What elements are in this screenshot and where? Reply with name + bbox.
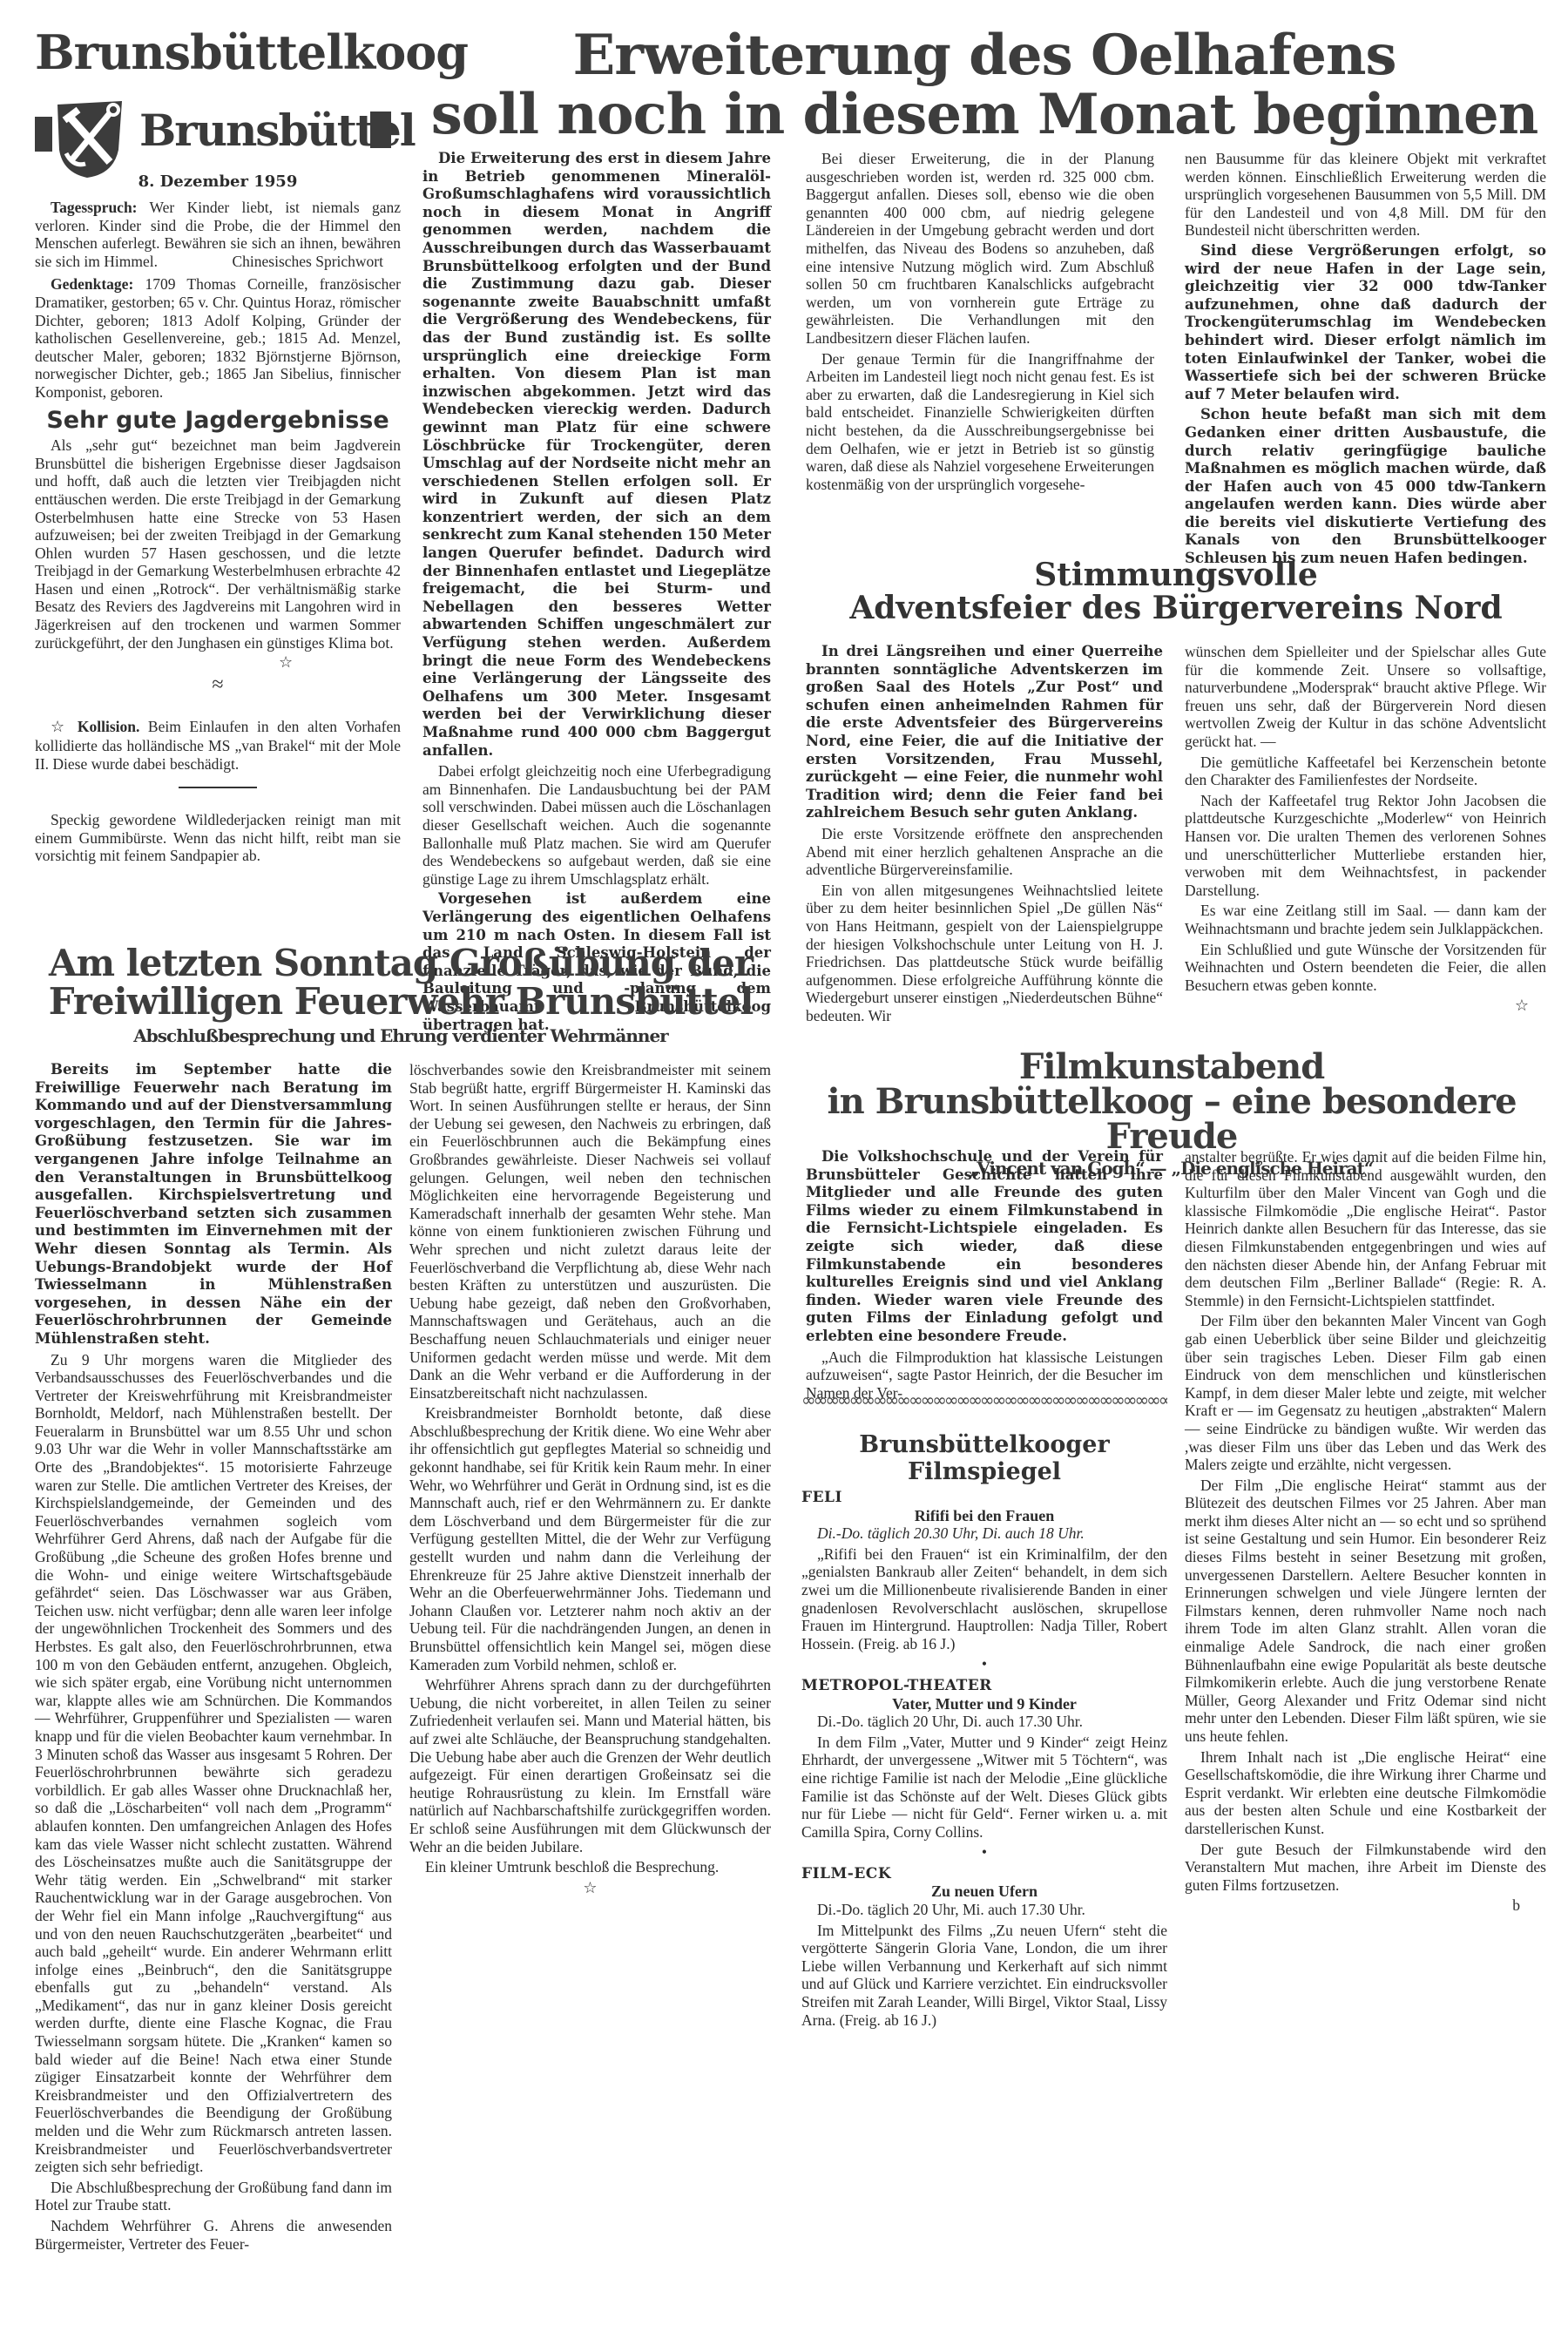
filmspiegel-entry: FILM-ECK Zu neuen Ufern Di.-Do. täglich … xyxy=(801,1865,1167,2029)
gedenktage: Gedenktage: 1709 Thomas Corneille, franz… xyxy=(35,275,401,401)
wave-divider-icon: ≈ xyxy=(35,676,401,694)
tagesspruch-source: Chinesisches Sprichwort xyxy=(216,253,383,271)
braid-divider-icon: ∞∞∞∞∞∞∞∞∞∞∞∞∞∞∞∞∞∞∞∞∞∞∞∞∞∞∞∞∞∞∞∞∞∞∞∞∞∞∞∞… xyxy=(801,1389,1167,1410)
feuerwehr-lead: Bereits im September hatte die Freiwilli… xyxy=(35,1061,392,1348)
filmkunst-paragraph: Ihrem Inhalt nach ist „Die englische Hei… xyxy=(1185,1748,1546,1838)
filmkunst-column-2: anstalter begrüßte. Er wies damit auf di… xyxy=(1185,1148,1546,1915)
advent-column-2: wünschen dem Spielleiter und der Spielsc… xyxy=(1185,643,1546,1016)
gedenktage-label: Gedenktage: xyxy=(51,275,133,293)
feuerwehr-headline: Am letzten Sonntag Großübung der Freiwil… xyxy=(26,945,775,1044)
advent-paragraph: Ein Schlußlied und gute Wünsche der Vors… xyxy=(1185,941,1546,995)
feuerwehr-paragraph: Ein kleiner Umtrunk beschloß die Besprec… xyxy=(409,1858,771,1876)
filmspiegel-entry: METROPOL-THEATER Vater, Mutter und 9 Kin… xyxy=(801,1677,1167,1862)
tip-body: Speckig gewordene Wildlederjacken reinig… xyxy=(35,811,401,865)
oelhafen-paragraph: Sind diese Vergrößerungen erfolgt, so wi… xyxy=(1185,242,1546,403)
filmspiegel-headline: Brunsbüttelkooger Filmspiegel xyxy=(801,1431,1167,1485)
feuerwehr-subheadline: Abschlußbesprechung und Ehrung verdiente… xyxy=(26,1027,775,1044)
advent-column-1: In drei Längsreihen und einer Querreihe … xyxy=(806,643,1163,1027)
oelhafen-headline-line-1: Erweiterung des Oelhafens xyxy=(409,28,1559,84)
oelhafen-paragraph: Schon heute befaßt man sich mit dem Geda… xyxy=(1185,406,1546,567)
filmkunst-headline-line-2: in Brunsbüttelkoog – eine besondere Freu… xyxy=(788,1085,1555,1154)
bullet-separator-icon: • xyxy=(801,1655,1167,1673)
advent-paragraph: Die gemütliche Kaffeetafel bei Kerzensch… xyxy=(1185,754,1546,789)
oelhafen-headline-line-2: soll noch in diesem Monat beginnen xyxy=(409,87,1559,143)
advent-paragraph: Nach der Kaffeetafel trug Rektor John Ja… xyxy=(1185,792,1546,900)
kollision-label: Kollision. xyxy=(78,718,139,735)
author-signature: b xyxy=(1185,1896,1546,1915)
oelhafen-paragraph: Dabei erfolgt gleichzeitig noch eine Ufe… xyxy=(422,762,771,888)
jagd-headline: Sehr gute Jagdergebnisse xyxy=(35,412,401,430)
star-icon: ☆ xyxy=(51,718,69,736)
film-description: Im Mittelpunkt des Films „Zu neuen Ufern… xyxy=(801,1922,1167,2030)
film-times: Di.-Do. täglich 20 Uhr, Di. auch 17.30 U… xyxy=(801,1713,1167,1731)
feuerwehr-column-1: Bereits im September hatte die Freiwilli… xyxy=(35,1061,392,2255)
oelhafen-headline: Erweiterung des Oelhafens soll noch in d… xyxy=(409,28,1559,143)
filmkunst-paragraph: Der gute Besuch der Filmkunstabende wird… xyxy=(1185,1841,1546,1895)
advent-paragraph: Ein von allen mitgesungenes Weihnachtsli… xyxy=(806,882,1163,1025)
oelhafen-paragraph: Bei dieser Erweiterung, die in der Planu… xyxy=(806,150,1154,348)
feuerwehr-headline-line-1: Am letzten Sonntag Großübung der xyxy=(26,945,775,982)
oelhafen-column-2: Bei dieser Erweiterung, die in der Planu… xyxy=(806,150,1154,496)
feuerwehr-paragraph: Nachdem Wehrführer G. Ahrens die anwesen… xyxy=(35,2217,392,2253)
film-description: „Rififi bei den Frauen“ ist ein Kriminal… xyxy=(801,1545,1167,1653)
film-description: In dem Film „Vater, Mutter und 9 Kinder“… xyxy=(801,1734,1167,1842)
venue-name: METROPOL-THEATER xyxy=(801,1677,1167,1695)
tagesspruch-label: Tagesspruch: xyxy=(51,199,138,216)
feuerwehr-headline-line-2: Freiwilligen Feuerwehr Brunsbüttel xyxy=(26,983,775,1020)
feuerwehr-paragraph: löschverbandes sowie den Kreisbrandmeist… xyxy=(409,1061,771,1402)
banner-tail xyxy=(370,112,391,148)
coat-of-arms-icon xyxy=(35,98,148,180)
filmkunst-lead: Die Volkshochschule und der Verein für B… xyxy=(806,1148,1163,1346)
tagesspruch: Tagesspruch: Wer Kinder liebt, ist niema… xyxy=(35,199,401,270)
advent-headline-line-2: Adventsfeier des Bürgervereins Nord xyxy=(806,592,1546,625)
filmkunst-column-1: Die Volkshochschule und der Verein für B… xyxy=(806,1148,1163,1404)
filmspiegel-entry: FELI Rififi bei den Frauen Di.-Do. tägli… xyxy=(801,1489,1167,1673)
filmkunst-paragraph: Der Film über den bekannten Maler Vincen… xyxy=(1185,1312,1546,1473)
film-times: Di.-Do. täglich 20.30 Uhr, Di. auch 18 U… xyxy=(801,1524,1167,1543)
feuerwehr-paragraph: Zu 9 Uhr morgens waren die Mitglieder de… xyxy=(35,1351,392,2176)
feuerwehr-paragraph: Kreisbrandmeister Bornholdt betonte, daß… xyxy=(409,1404,771,1673)
masthead: Brunsbüttelkoog Brunsbüttel xyxy=(17,17,409,174)
advent-paragraph: Es war eine Zeitlang still im Saal. — da… xyxy=(1185,902,1546,937)
star-icon: ☆ xyxy=(583,1879,597,1897)
filmkunst-paragraph: anstalter begrüßte. Er wies damit auf di… xyxy=(1185,1148,1546,1309)
advent-headline: Stimmungsvolle Adventsfeier des Bürgerve… xyxy=(806,559,1546,625)
oelhafen-paragraph: Der genaue Termin für die Inangriffnahme… xyxy=(806,350,1154,494)
oelhafen-lead: Die Erweiterung des erst in diesem Jahre… xyxy=(422,150,771,760)
filmkunst-paragraph: Der Film „Die englische Heirat“ stammt a… xyxy=(1185,1477,1546,1746)
feuerwehr-paragraph: Wehrführer Ahrens sprach dann zu der dur… xyxy=(409,1676,771,1855)
oelhafen-column-3: nen Bausumme für das kleinere Objekt mit… xyxy=(1185,150,1546,571)
filmspiegel-box: ∞∞∞∞∞∞∞∞∞∞∞∞∞∞∞∞∞∞∞∞∞∞∞∞∞∞∞∞∞∞∞∞∞∞∞∞∞∞∞∞… xyxy=(801,1389,1167,2031)
film-title: Zu neuen Ufern xyxy=(801,1882,1167,1901)
film-title: Rififi bei den Frauen xyxy=(801,1507,1167,1525)
oelhafen-column-1: Die Erweiterung des erst in diesem Jahre… xyxy=(422,150,771,1037)
bullet-separator-icon: • xyxy=(801,1843,1167,1862)
advent-headline-line-1: Stimmungsvolle xyxy=(806,559,1546,592)
gedenktage-text: 1709 Thomas Corneille, französischer Dra… xyxy=(35,275,401,401)
advent-paragraph: Die erste Vorsitzende eröffnete den ansp… xyxy=(806,825,1163,879)
film-title: Vater, Mutter und 9 Kinder xyxy=(801,1695,1167,1713)
oelhafen-paragraph: nen Bausumme für das kleinere Objekt mit… xyxy=(1185,150,1546,240)
kollision-notice: ☆ Kollision. Beim Einlaufen in den alten… xyxy=(35,718,401,773)
advent-lead: In drei Längsreihen und einer Querreihe … xyxy=(806,643,1163,822)
issue-date: 8. Dezember 1959 xyxy=(35,172,401,191)
jagd-body: Als „sehr gut“ bezeichnet man beim Jagdv… xyxy=(35,436,401,652)
end-mark-row: ☆ xyxy=(35,654,401,672)
advent-paragraph: wünschen dem Spielleiter und der Spielsc… xyxy=(1185,643,1546,751)
filmkunst-headline-line-1: Filmkunstabend xyxy=(788,1050,1555,1085)
star-icon: ☆ xyxy=(1515,997,1529,1015)
divider-rule xyxy=(179,787,257,788)
venue-name: FILM-ECK xyxy=(801,1865,1167,1883)
feuerwehr-column-2: löschverbandes sowie den Kreisbrandmeist… xyxy=(409,1061,771,1897)
film-times: Di.-Do. täglich 20 Uhr, Mi. auch 17.30 U… xyxy=(801,1901,1167,1919)
masthead-line-1: Brunsbüttelkoog xyxy=(35,24,468,80)
star-icon: ☆ xyxy=(279,654,293,672)
sidebar-column: Tagesspruch: Wer Kinder liebt, ist niema… xyxy=(35,199,401,868)
feuerwehr-paragraph: Die Abschlußbesprechung der Großübung fa… xyxy=(35,2179,392,2214)
venue-name: FELI xyxy=(801,1489,1167,1507)
